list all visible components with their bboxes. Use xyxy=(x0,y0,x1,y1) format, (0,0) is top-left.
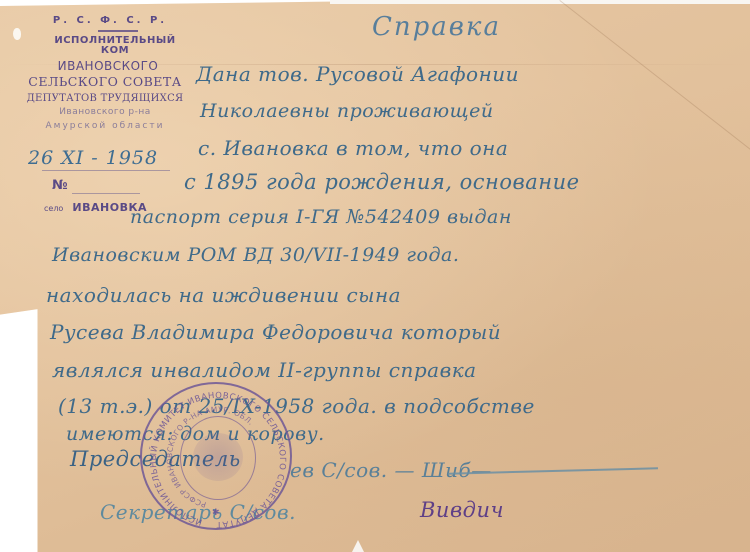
stamp-country: Р. С. Ф. С. Р. xyxy=(30,16,190,26)
stamp-date-underline xyxy=(42,170,170,171)
star-icon: ✱ xyxy=(212,508,220,518)
body-line: Русева Владимира Федоровича который xyxy=(50,320,501,344)
stamp-number-underline xyxy=(72,193,140,194)
paper-tear xyxy=(352,540,364,552)
body-line: с. Ивановка в том, что она xyxy=(198,136,508,160)
body-line: Дана тов. Русовой Агафонии xyxy=(196,62,519,86)
body-line: являлся инвалидом II-группы справка xyxy=(52,358,477,382)
stamp-line-3: СЕЛЬСКОГО СОВЕТА xyxy=(20,76,190,89)
seal-inner-ring xyxy=(180,416,256,500)
stamp-date: 26 XI - 1958 xyxy=(28,147,158,169)
body-line: находилась на иждивении сына xyxy=(46,283,401,307)
secretary-signature: Вивдич xyxy=(420,498,504,522)
body-line: с 1895 года рождения, основание xyxy=(184,170,580,194)
stamp-village-prefix: село xyxy=(44,204,63,213)
stamp-line-1: ИСПОЛНИТЕЛЬНЫЙ КОМ xyxy=(40,36,190,56)
stamp-line-4: ДЕПУТАТОВ ТРУДЯЩИХСЯ xyxy=(20,94,190,104)
official-seal: ИСПОЛНИТЕЛЬНЫЙ КОМИТЕТ ИВАНОВСКОГО СЕЛЬС… xyxy=(140,382,292,530)
body-line: Ивановским РОМ ВД 30/VII-1949 года. xyxy=(52,244,459,266)
stamp-number-label: № xyxy=(52,178,68,193)
document-title: Справка xyxy=(372,12,501,42)
body-line: паспорт серия I-ГЯ №542409 выдан xyxy=(130,206,512,228)
stamp-line-5: Ивановского р-на xyxy=(20,108,190,117)
stamp-rule xyxy=(98,30,138,32)
coat-of-arms-icon xyxy=(193,433,243,481)
stamp-line-6: Амурской области xyxy=(20,122,190,131)
body-line: Николаевны проживающей xyxy=(200,100,494,122)
paper-edge xyxy=(330,0,750,4)
office-stamp: Р. С. Ф. С. Р. ИСПОЛНИТЕЛЬНЫЙ КОМ ИВАНОВ… xyxy=(20,16,190,131)
chairman-signature-line: ев С/сов. — Шиб— xyxy=(290,458,492,482)
body-line: (13 т.э.) от 25/IX-1958 года. в подсобст… xyxy=(58,394,535,418)
stamp-line-2: ИВАНОВСКОГО xyxy=(26,60,190,72)
